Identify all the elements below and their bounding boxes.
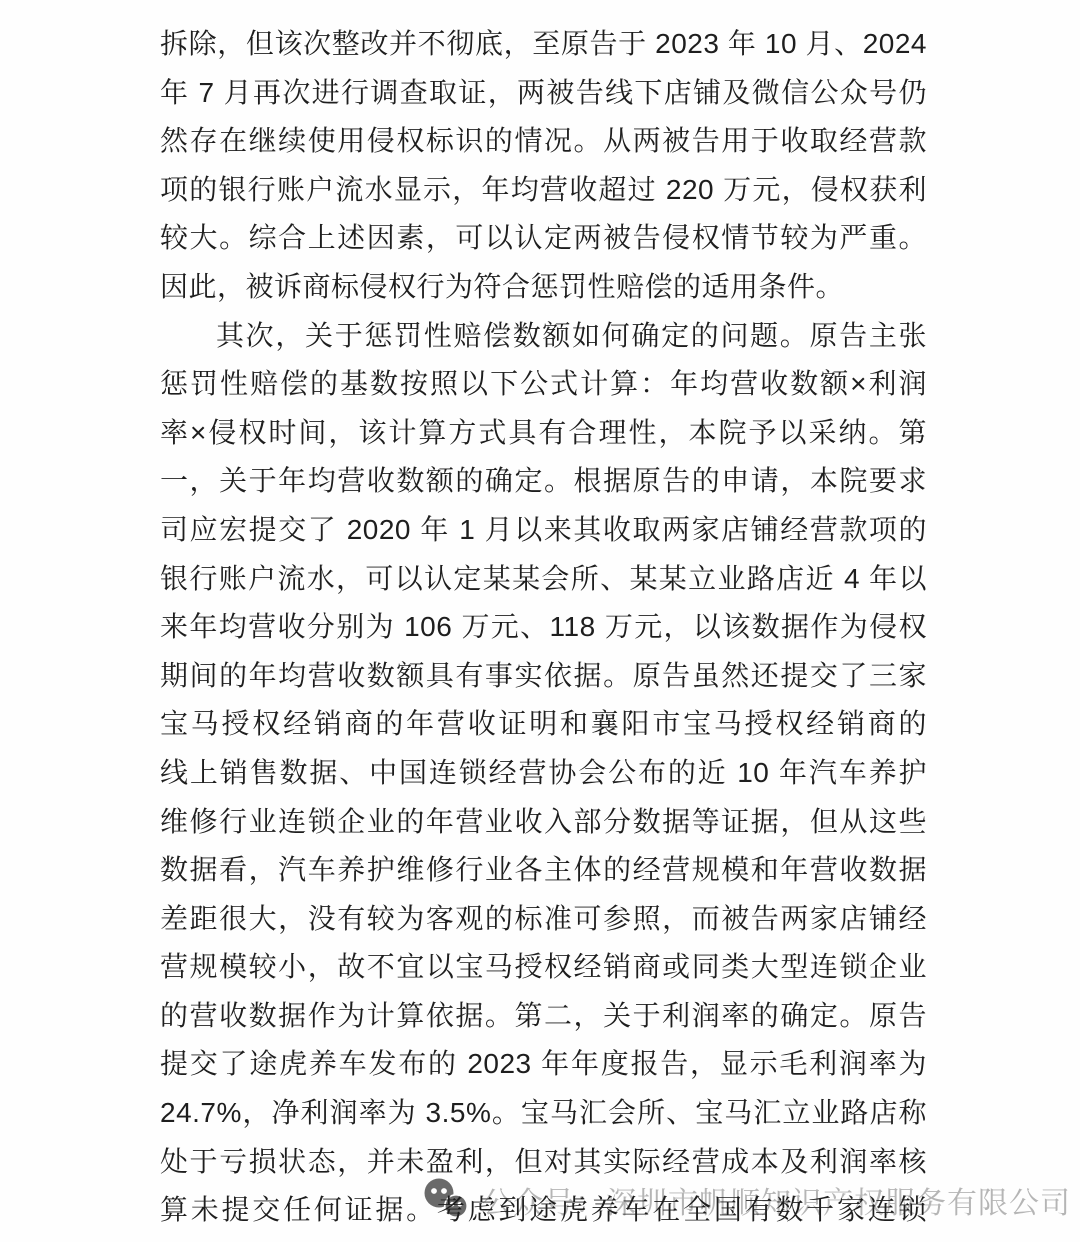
text-line: 年 7 月再次进行调查取证，两被告线下店铺及微信公众号仍 <box>160 69 927 118</box>
text-line: 惩罚性赔偿的基数按照以下公式计算：年均营收数额×利润 <box>160 360 927 409</box>
text-line: 然存在继续使用侵权标识的情况。从两被告用于收取经营款 <box>160 117 927 166</box>
text-line: 营规模较小，故不宜以宝马授权经销商或同类大型连锁企业 <box>160 943 927 992</box>
text-line: 线上销售数据、中国连锁经营协会公布的近 10 年汽车养护 <box>160 749 927 798</box>
text-line: 数据看，汽车养护维修行业各主体的经营规模和年营收数据 <box>160 846 927 895</box>
text-line: 因此，被诉商标侵权行为符合惩罚性赔偿的适用条件。 <box>160 263 927 312</box>
text-line: 维修行业连锁企业的年营业收入部分数据等证据，但从这些 <box>160 798 927 847</box>
text-line: 处于亏损状态，并未盈利，但对其实际经营成本及利润率核 <box>160 1138 927 1187</box>
text-line: 拆除，但该次整改并不彻底，至原告于 2023 年 10 月、2024 <box>160 20 927 69</box>
text-line: 期间的年均营收数额具有事实依据。原告虽然还提交了三家 <box>160 652 927 701</box>
text-line: 率×侵权时间，该计算方式具有合理性，本院予以采纳。第 <box>160 409 927 458</box>
text-line: 24.7%，净利润率为 3.5%。宝马汇会所、宝马汇立业路店称 <box>160 1089 927 1138</box>
text-line: 差距很大，没有较为客观的标准可参照，而被告两家店铺经 <box>160 895 927 944</box>
text-line: 一，关于年均营收数额的确定。根据原告的申请，本院要求 <box>160 457 927 506</box>
text-line: 司应宏提交了 2020 年 1 月以来其收取两家店铺经营款项的 <box>160 506 927 555</box>
text-line: 算未提交任何证据。考虑到途虎养车在全国有数千家连锁店， <box>160 1186 927 1235</box>
judgment-text-block: 拆除，但该次整改并不彻底，至原告于 2023 年 10 月、2024 年 7 月… <box>160 20 927 1235</box>
text-line: 宝马授权经销商的年营收证明和襄阳市宝马授权经销商的 <box>160 700 927 749</box>
text-line: 银行账户流水，可以认定某某会所、某某立业路店近 4 年以 <box>160 555 927 604</box>
text-line: 其次，关于惩罚性赔偿数额如何确定的问题。原告主张 <box>160 312 927 361</box>
text-line: 较大。综合上述因素，可以认定两被告侵权情节较为严重。 <box>160 214 927 263</box>
text-line: 的营收数据作为计算依据。第二，关于利润率的确定。原告 <box>160 992 927 1041</box>
document-page: 公众号：深圳市帆顺知识产权服务有限公司 拆除，但该次整改并不彻底，至原告于 20… <box>0 0 1080 1242</box>
text-line: 提交了途虎养车发布的 2023 年年度报告，显示毛利润率为 <box>160 1040 927 1089</box>
text-line: 来年均营收分别为 106 万元、118 万元，以该数据作为侵权 <box>160 603 927 652</box>
text-line: 项的银行账户流水显示，年均营收超过 220 万元，侵权获利 <box>160 166 927 215</box>
